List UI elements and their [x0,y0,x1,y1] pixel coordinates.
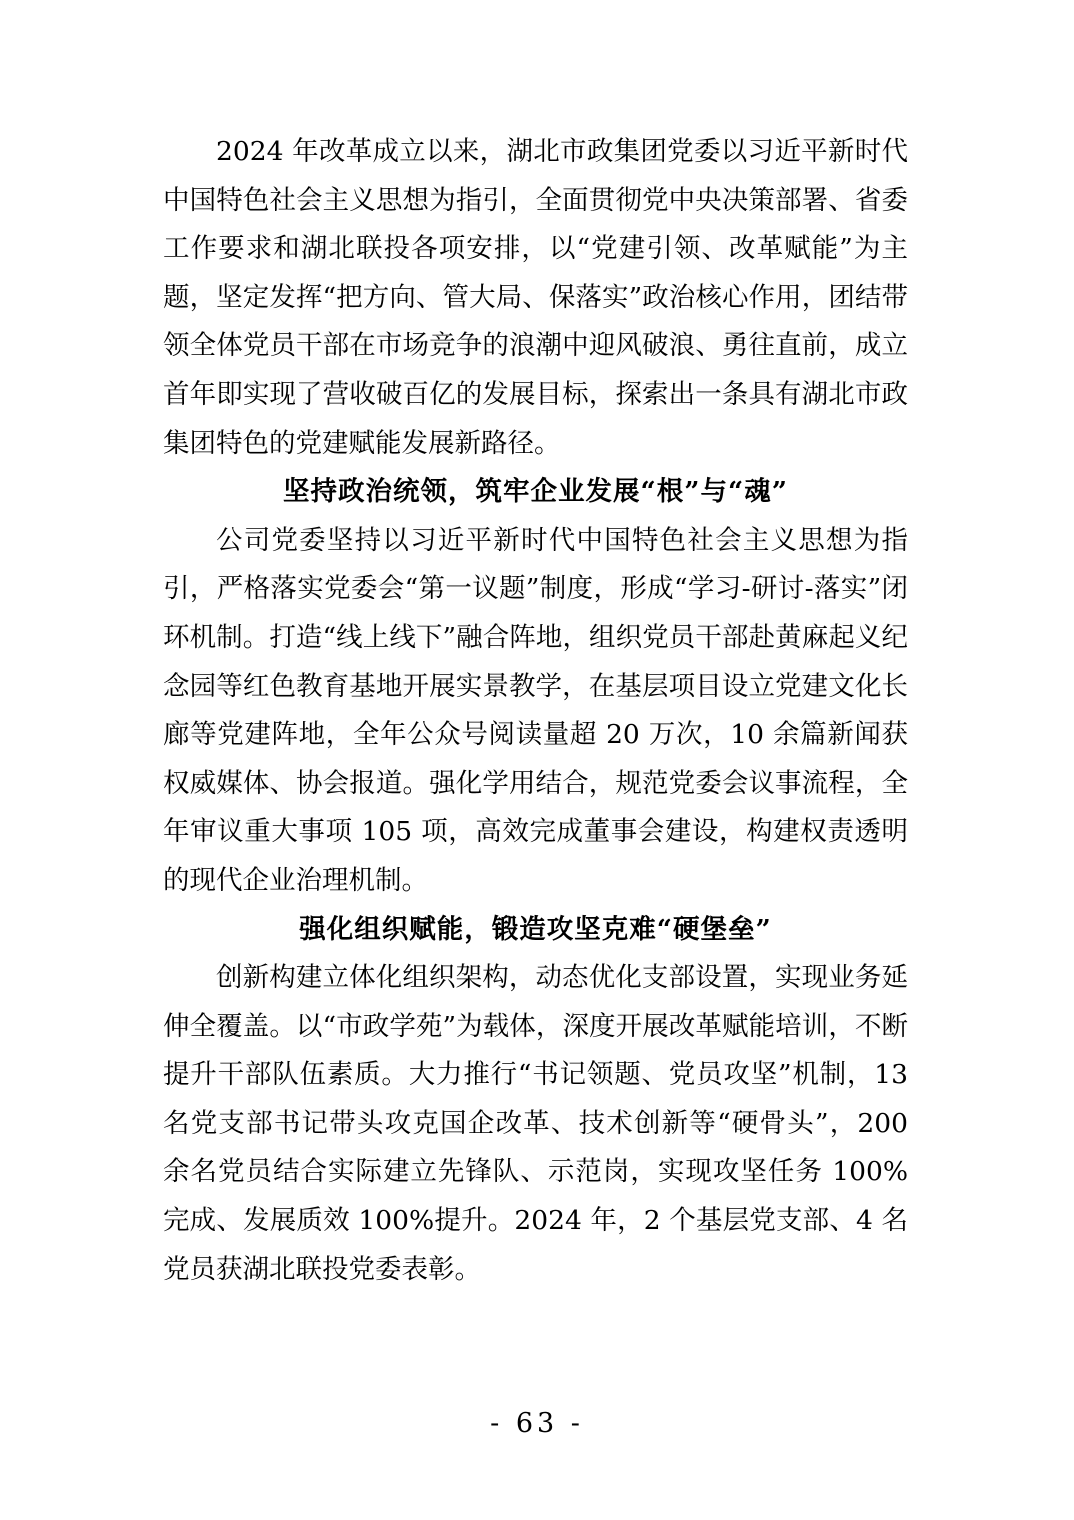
section-heading-organization-empowerment: 强化组织赋能，锻造攻坚克难“硬堡垒” [163,906,908,955]
paragraph-organization-empowerment: 创新构建立体化组织架构，动态优化支部设置，实现业务延伸全覆盖。以“市政学苑”为载… [163,954,908,1294]
page-number: - 63 - [0,1404,1074,1444]
paragraph-intro: 2024 年改革成立以来，湖北市政集团党委以习近平新时代中国特色社会主义思想为指… [163,128,908,468]
section-heading-political-leadership: 坚持政治统领，筑牢企业发展“根”与“魂” [163,468,908,517]
document-page: 2024 年改革成立以来，湖北市政集团党委以习近平新时代中国特色社会主义思想为指… [0,0,1074,1520]
document-body: 2024 年改革成立以来，湖北市政集团党委以习近平新时代中国特色社会主义思想为指… [163,128,908,1294]
paragraph-political-leadership: 公司党委坚持以习近平新时代中国特色社会主义思想为指引，严格落实党委会“第一议题”… [163,517,908,906]
